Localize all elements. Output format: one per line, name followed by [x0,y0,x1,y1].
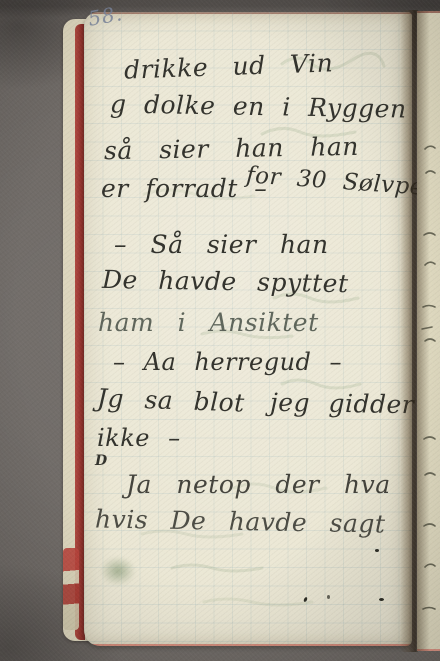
page-number: 58. [86,1,124,31]
handwriting-line: jeg gidder [270,388,415,420]
margin-mark: D [95,453,108,469]
handwriting-line: – Aa herregud – [113,348,342,376]
handwriting-line: g dolke en i Ryggen [110,89,407,123]
handwriting-line: så sier han han [104,132,359,165]
ink-speck [327,595,330,599]
ink-stain [100,556,136,586]
ink-speck [375,549,379,552]
facing-page-edge [417,11,440,651]
handwriting-line: Jg sa blot [97,383,246,417]
handwriting-line: – Så sier han [114,230,329,259]
handwriting-line: ikke – [97,424,181,452]
handwriting-line: De havde spyttet [102,265,349,298]
facing-page-text-fragments [417,11,440,651]
handwriting-line: drikke ud Vin [124,48,334,84]
notebook-page: 58. drikke ud Vin g dolke en i Ryggen så… [84,12,412,646]
red-edge-mottling [63,548,79,630]
gutter-shadow [400,10,418,652]
handwriting-line: hvis De havde sagt [95,504,386,538]
handwriting-line: Ja netop der hva [126,470,391,499]
ink-speck [379,598,384,601]
handwriting-line: ham i Ansiktet [98,308,319,337]
photo-of-notebook: 58. drikke ud Vin g dolke en i Ryggen så… [0,0,440,661]
handwriting-line: er forradt – [101,174,267,203]
